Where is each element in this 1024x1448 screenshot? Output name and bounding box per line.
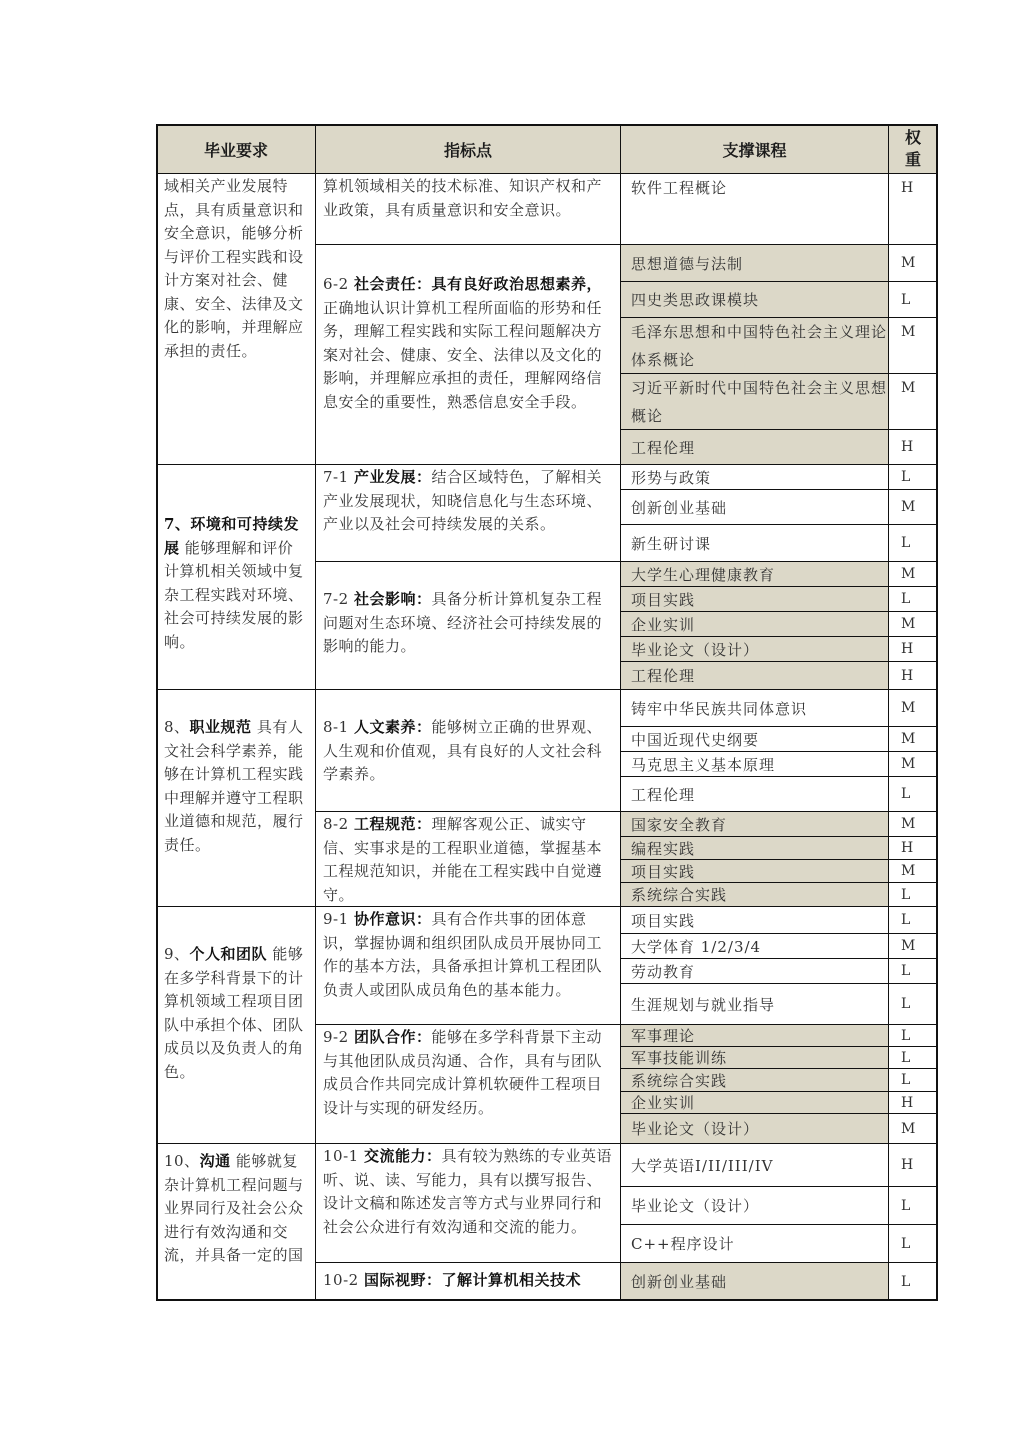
- indicator-title: 协作意识：: [354, 910, 432, 928]
- weight-cell: H: [888, 661, 938, 690]
- indicator-title: 工程规范：: [354, 815, 432, 833]
- header-courses: 支撑课程: [620, 124, 889, 174]
- course-cell: 国家安全教育: [620, 811, 889, 837]
- weight-cell: M: [888, 1113, 938, 1144]
- indicator-code: 10-2: [323, 1271, 364, 1289]
- weight-cell: H: [888, 173, 938, 245]
- indicator-10-1: 10-1 交流能力：具有较为熟练的专业英语听、说、读、写能力，具有以撰写报告、设…: [315, 1143, 621, 1263]
- indicator-9-1: 9-1 协作意识：具有合作共事的团体意识，掌握协调和组织团队成员开展协同工作的基…: [315, 906, 621, 1025]
- course-cell: 软件工程概论: [620, 173, 889, 245]
- requirement-text: 域相关产业发展特点，具有质量意识和安全意识，能够分析与评价工程实践和设计方案对社…: [164, 177, 304, 360]
- weight-cell: L: [888, 586, 938, 612]
- course-cell: 毕业论文（设计）: [620, 1113, 889, 1144]
- weight-cell: L: [888, 958, 938, 984]
- course-cell: 工程伦理: [620, 776, 889, 812]
- requirement-number: 8、: [164, 718, 190, 736]
- indicator-6-2: 6-2 社会责任：具有良好政治思想素养，正确地认识计算机工程所面临的形势和任务，…: [315, 244, 621, 465]
- header-indicator: 指标点: [315, 124, 621, 174]
- requirement-8: 8、职业规范 具有人文社会科学素养，能够在计算机工程实践中理解并遵守工程职业道德…: [156, 689, 316, 907]
- weight-cell: L: [888, 906, 938, 934]
- indicator-code: 9-2: [323, 1028, 354, 1046]
- requirement-6-continued: 域相关产业发展特点，具有质量意识和安全意识，能够分析与评价工程实践和设计方案对社…: [156, 173, 316, 465]
- indicator-7-1: 7-1 产业发展：结合区域特色，了解相关产业发展现状，知晓信息化与生态环境、产业…: [315, 464, 621, 562]
- course-cell: 工程伦理: [620, 661, 889, 690]
- header-courses-label: 支撑课程: [722, 138, 786, 161]
- indicator-6-1-continued: 算机领域相关的技术标准、知识产权和产业政策，具有质量意识和安全意识。: [315, 173, 621, 245]
- requirement-text: 能够理解和评价计算机相关领域中复杂工程实践对环境、社会可持续发展的影响。: [164, 539, 304, 651]
- requirement-title: 职业规范: [190, 718, 252, 736]
- indicator-text: 算机领域相关的技术标准、知识产权和产业政策，具有质量意识和安全意识。: [323, 177, 602, 219]
- weight-cell: L: [888, 464, 938, 490]
- course-cell: 毕业论文（设计）: [620, 636, 889, 662]
- requirement-text: 具有人文社会科学素养，能够在计算机工程实践中理解并遵守工程职业道德和规范，履行责…: [164, 718, 304, 854]
- course-cell: 毕业论文（设计）: [620, 1186, 889, 1225]
- weight-cell: L: [888, 882, 938, 907]
- weight-cell: L: [888, 1186, 938, 1225]
- indicator-9-2: 9-2 团队合作：能够在多学科背景下主动与其他团队成员沟通、合作，具有与团队成员…: [315, 1024, 621, 1144]
- weight-cell: L: [888, 1068, 938, 1092]
- header-requirement: 毕业要求: [156, 124, 316, 174]
- weight-cell: L: [888, 1046, 938, 1069]
- indicator-8-2: 8-2 工程规范：理解客观公正、诚实守信、实事求是的工程职业道德，掌握基本工程规…: [315, 811, 621, 907]
- indicator-title: 国际视野：了解计算机相关技术: [364, 1271, 581, 1289]
- course-cell: 大学生心理健康教育: [620, 561, 889, 587]
- weight-cell: H: [888, 429, 938, 465]
- requirement-title: 沟通: [200, 1152, 231, 1170]
- weight-cell: M: [888, 373, 938, 430]
- weight-cell: H: [888, 1143, 938, 1187]
- header-weight: 权重: [888, 124, 938, 174]
- weight-cell: L: [888, 1024, 938, 1047]
- weight-cell: M: [888, 317, 938, 374]
- weight-cell: M: [888, 611, 938, 637]
- indicator-code: 7-1: [323, 468, 354, 486]
- indicator-title: 产业发展：: [354, 468, 432, 486]
- indicator-code: 7-2: [323, 590, 354, 608]
- course-cell: C++程序设计: [620, 1224, 889, 1263]
- weight-cell: H: [888, 1091, 938, 1114]
- course-cell: 新生研讨课: [620, 524, 889, 562]
- course-cell: 项目实践: [620, 906, 889, 934]
- course-cell: 编程实践: [620, 836, 889, 860]
- requirement-7: 7、环境和可持续发展 能够理解和评价计算机相关领域中复杂工程实践对环境、社会可持…: [156, 464, 316, 690]
- indicator-title: 交流能力：: [364, 1147, 442, 1165]
- indicator-code: 10-1: [323, 1147, 364, 1165]
- course-cell: 形势与政策: [620, 464, 889, 490]
- course-cell: 劳动教育: [620, 958, 889, 984]
- course-cell: 铸牢中华民族共同体意识: [620, 689, 889, 727]
- indicator-7-2: 7-2 社会影响：具备分析计算机复杂工程问题对生态环境、经济社会可持续发展的影响…: [315, 561, 621, 690]
- course-cell: 大学英语I/II/III/IV: [620, 1143, 889, 1187]
- weight-cell: M: [888, 689, 938, 727]
- header-indicator-label: 指标点: [444, 138, 492, 161]
- course-cell: 工程伦理: [620, 429, 889, 465]
- graduation-requirements-table: 毕业要求 指标点 支撑课程 权重 域相关产业发展特点，具有质量意识和安全意识，能…: [156, 124, 938, 1301]
- course-cell: 项目实践: [620, 859, 889, 883]
- requirement-9: 9、个人和团队 能够在多学科背景下的计算机领域工程项目团队中承担个体、团队成员以…: [156, 906, 316, 1144]
- course-cell: 企业实训: [620, 611, 889, 637]
- weight-cell: L: [888, 776, 938, 812]
- requirement-title: 个人和团队: [190, 945, 268, 963]
- weight-cell: H: [888, 836, 938, 860]
- weight-cell: M: [888, 561, 938, 587]
- requirement-number: 10、: [164, 1152, 200, 1170]
- course-cell: 习近平新时代中国特色社会主义思想概论: [620, 373, 889, 430]
- weight-cell: M: [888, 726, 938, 752]
- weight-cell: M: [888, 489, 938, 525]
- requirement-number: 9、: [164, 945, 190, 963]
- weight-cell: M: [888, 933, 938, 959]
- course-cell: 生涯规划与就业指导: [620, 983, 889, 1025]
- indicator-code: 8-2: [323, 815, 354, 833]
- course-cell: 思想道德与法制: [620, 244, 889, 282]
- indicator-title: 团队合作：: [354, 1028, 432, 1046]
- course-cell: 毛泽东思想和中国特色社会主义理论体系概论: [620, 317, 889, 374]
- indicator-title: 社会影响：: [354, 590, 432, 608]
- weight-cell: M: [888, 859, 938, 883]
- indicator-text: 正确地认识计算机工程所面临的形势和任务，理解工程实践和实际工程问题解决方案对社会…: [323, 299, 602, 411]
- course-cell: 军事理论: [620, 1024, 889, 1047]
- course-cell: 系统综合实践: [620, 1068, 889, 1092]
- indicator-10-2: 10-2 国际视野：了解计算机相关技术: [315, 1262, 621, 1301]
- course-cell: 系统综合实践: [620, 882, 889, 907]
- weight-cell: H: [888, 636, 938, 662]
- weight-cell: L: [888, 281, 938, 318]
- weight-cell: L: [888, 1262, 938, 1301]
- indicator-8-1: 8-1 人文素养：能够树立正确的世界观、人生观和价值观，具有良好的人文社会科学素…: [315, 689, 621, 812]
- course-cell: 四史类思政课模块: [620, 281, 889, 318]
- course-cell: 马克思主义基本原理: [620, 751, 889, 777]
- weight-cell: M: [888, 811, 938, 837]
- indicator-code: 9-1: [323, 910, 354, 928]
- course-cell: 企业实训: [620, 1091, 889, 1114]
- requirement-10: 10、沟通 能够就复杂计算机工程问题与业界同行及社会公众进行有效沟通和交流，并具…: [156, 1143, 316, 1301]
- indicator-title: 社会责任：具有良好政治思想素养，: [354, 275, 602, 293]
- weight-cell: M: [888, 244, 938, 282]
- indicator-code: 6-2: [323, 275, 354, 293]
- indicator-title: 人文素养：: [354, 718, 432, 736]
- weight-cell: L: [888, 524, 938, 562]
- requirement-text: 能够在多学科背景下的计算机领域工程项目团队中承担个体、团队成员以及负责人的角色。: [164, 945, 304, 1081]
- course-cell: 项目实践: [620, 586, 889, 612]
- weight-cell: L: [888, 1224, 938, 1263]
- header-requirement-label: 毕业要求: [204, 138, 268, 161]
- weight-cell: L: [888, 983, 938, 1025]
- course-cell: 创新创业基础: [620, 489, 889, 525]
- course-cell: 中国近现代史纲要: [620, 726, 889, 752]
- weight-cell: M: [888, 751, 938, 777]
- course-cell: 大学体育 1/2/3/4: [620, 933, 889, 959]
- course-cell: 创新创业基础: [620, 1262, 889, 1301]
- header-weight-label: 权重: [903, 127, 923, 171]
- indicator-code: 8-1: [323, 718, 354, 736]
- course-cell: 军事技能训练: [620, 1046, 889, 1069]
